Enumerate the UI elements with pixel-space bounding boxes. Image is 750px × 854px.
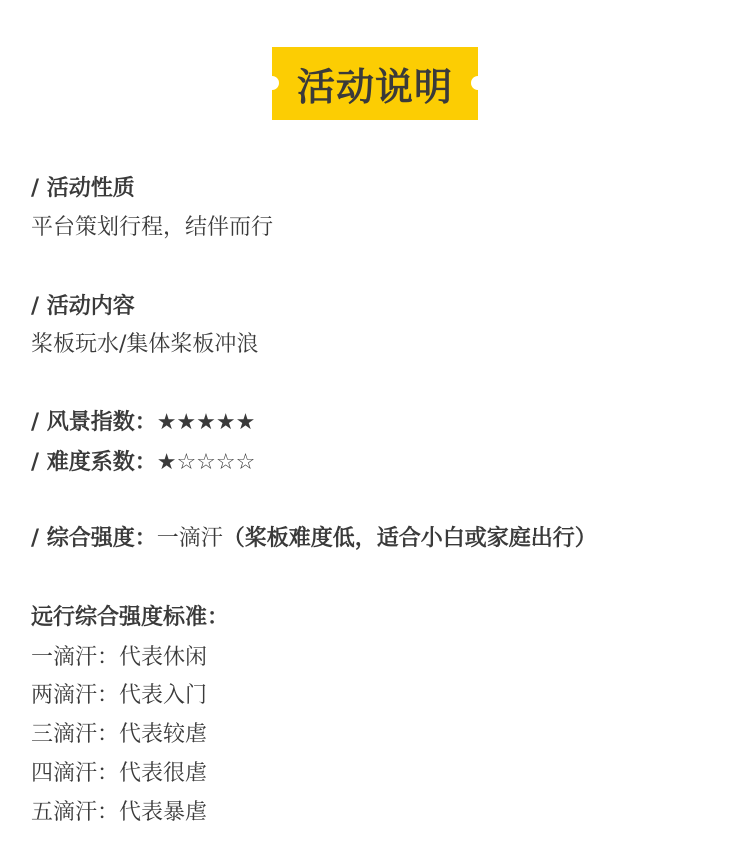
- standards-item: 两滴汗：代表入门: [31, 681, 207, 711]
- content-label: / 活动内容: [31, 292, 135, 322]
- difficulty-row: / 难度系数：★☆☆☆☆: [31, 448, 255, 478]
- content-value: 桨板玩水/集体桨板冲浪: [31, 330, 258, 360]
- standards-item: 一滴汗：代表休闲: [31, 643, 207, 673]
- intensity-note: （桨板难度低，适合小白或家庭出行）: [223, 526, 597, 551]
- tag-notch-right: [471, 76, 485, 90]
- difficulty-label: / 难度系数：: [31, 450, 157, 475]
- nature-value: 平台策划行程，结伴而行: [31, 213, 273, 243]
- page-title: 活动说明: [297, 56, 453, 111]
- nature-label: / 活动性质: [31, 174, 135, 204]
- scenery-label: / 风景指数：: [31, 410, 157, 435]
- intensity-row: / 综合强度：一滴汗（桨板难度低，适合小白或家庭出行）: [31, 524, 597, 554]
- scenery-stars-icon: ★★★★★: [157, 410, 256, 435]
- standards-item: 五滴汗：代表暴虐: [31, 798, 207, 828]
- standards-item: 四滴汗：代表很虐: [31, 759, 207, 789]
- standards-title: 远行综合强度标准：: [31, 603, 229, 633]
- tag-notch-left: [265, 76, 279, 90]
- difficulty-star-filled-icon: ★: [157, 450, 177, 475]
- intensity-level: 一滴汗: [157, 526, 223, 551]
- intensity-label: / 综合强度：: [31, 526, 157, 551]
- standards-item: 三滴汗：代表较虐: [31, 720, 207, 750]
- difficulty-star-empty-icon: ☆☆☆☆: [176, 450, 255, 475]
- section-title-tag: 活动说明: [272, 47, 478, 120]
- scenery-row: / 风景指数：★★★★★: [31, 408, 255, 438]
